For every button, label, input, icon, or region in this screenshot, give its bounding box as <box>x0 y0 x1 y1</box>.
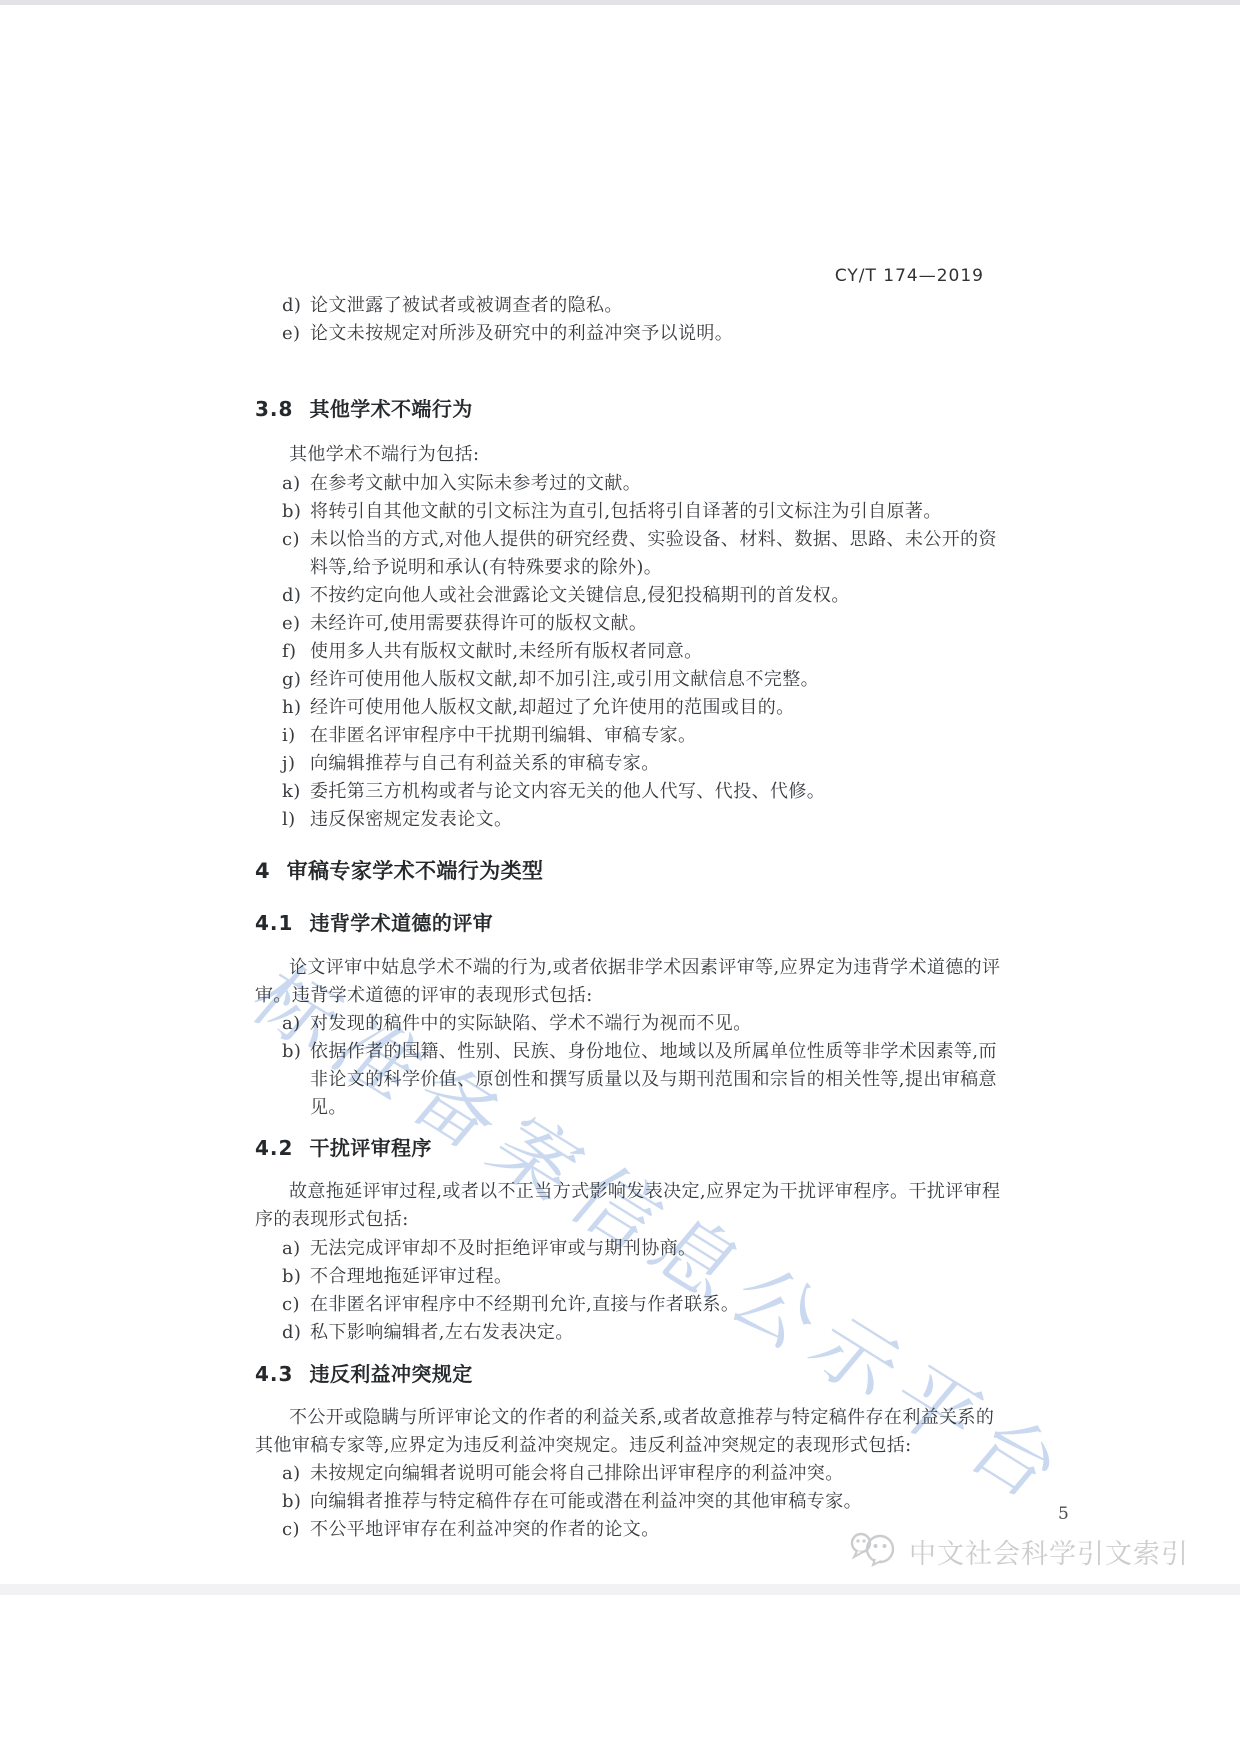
list-item-text: 在参考文献中加入实际未参考过的文献。 <box>310 473 641 494</box>
list-item: l) 违反保密规定发表论文。 <box>255 806 1007 834</box>
footer-brand-text: 中文社会科学引文索引 <box>909 1532 1189 1571</box>
heading-title: 违背学术道德的评审 <box>309 911 493 935</box>
heading-number: 4.2 <box>255 1136 293 1160</box>
heading-4-1: 4.1违背学术道德的评审 <box>255 910 1007 936</box>
list-item: g) 经许可使用他人版权文献,却不加引注,或引用文献信息不完整。 <box>255 666 1007 694</box>
list-item-label: b) <box>282 1488 301 1516</box>
list-item-label: i) <box>282 722 296 750</box>
list-item-text: 私下影响编辑者,左右发表决定。 <box>310 1322 574 1343</box>
list-item-text: 对发现的稿件中的实际缺陷、学术不端行为视而不见。 <box>310 1013 752 1034</box>
list-item-text: 委托第三方机构或者与论文内容无关的他人代写、代投、代修。 <box>310 781 825 802</box>
list-item: k) 委托第三方机构或者与论文内容无关的他人代写、代投、代修。 <box>255 778 1007 806</box>
list-item: e) 论文未按规定对所涉及研究中的利益冲突予以说明。 <box>255 320 1007 348</box>
list-item: d) 不按约定向他人或社会泄露论文关键信息,侵犯投稿期刊的首发权。 <box>255 582 1007 610</box>
scan-bottom-edge <box>0 1584 1240 1595</box>
list-item: e) 未经许可,使用需要获得许可的版权文献。 <box>255 610 1007 638</box>
list-item-text: 向编辑者推荐与特定稿件存在可能或潜在利益冲突的其他审稿专家。 <box>310 1491 862 1512</box>
heading-number: 3.8 <box>255 397 293 421</box>
list-item-label: f) <box>282 638 297 666</box>
list-item-text: 不按约定向他人或社会泄露论文关键信息,侵犯投稿期刊的首发权。 <box>310 585 850 606</box>
list-item: c) 在非匿名评审程序中不经期刊允许,直接与作者联系。 <box>255 1291 1007 1319</box>
list-item-label: e) <box>282 610 300 638</box>
list-item: b) 将转引自其他文献的引文标注为直引,包括将引自译著的引文标注为引自原著。 <box>255 498 1007 526</box>
heading-4-2: 4.2干扰评审程序 <box>255 1135 1007 1161</box>
list-item-text: 使用多人共有版权文献时,未经所有版权者同意。 <box>310 641 703 662</box>
list-item-text: 未以恰当的方式,对他人提供的研究经费、实验设备、材料、数据、思路、未公开的资料等… <box>310 529 997 578</box>
list-item: a) 未按规定向编辑者说明可能会将自己排除出评审程序的利益冲突。 <box>255 1460 1007 1488</box>
list-4-2: a) 无法完成评审却不及时拒绝评审或与期刊协商。 b) 不合理地拖延评审过程。 … <box>255 1235 1007 1347</box>
list-item-label: d) <box>282 1319 301 1347</box>
list-item-label: c) <box>282 1516 300 1544</box>
list-item-label: a) <box>282 470 301 498</box>
list-item: b) 向编辑者推荐与特定稿件存在可能或潜在利益冲突的其他审稿专家。 <box>255 1488 1007 1516</box>
paragraph-4-1: 论文评审中姑息学术不端的行为,或者依据非学术因素评审等,应界定为违背学术道德的评… <box>255 954 1007 1010</box>
document-body: d) 论文泄露了被试者或被调查者的隐私。 e) 论文未按规定对所涉及研究中的利益… <box>255 292 1007 1544</box>
list-item: c) 未以恰当的方式,对他人提供的研究经费、实验设备、材料、数据、思路、未公开的… <box>255 526 1007 582</box>
list-item-text: 无法完成评审却不及时拒绝评审或与期刊协商。 <box>310 1238 696 1259</box>
list-item-text: 违反保密规定发表论文。 <box>310 809 512 830</box>
list-4-1: a) 对发现的稿件中的实际缺陷、学术不端行为视而不见。 b) 依据作者的国籍、性… <box>255 1010 1007 1122</box>
list-item-text: 依据作者的国籍、性别、民族、身份地位、地域以及所属单位性质等非学术因素等,而非论… <box>310 1041 997 1118</box>
list-item-label: b) <box>282 1038 301 1066</box>
heading-number: 4.3 <box>255 1362 293 1386</box>
heading-3-8: 3.8其他学术不端行为 <box>255 396 1007 422</box>
list-item: j) 向编辑推荐与自己有利益关系的审稿专家。 <box>255 750 1007 778</box>
heading-number: 4 <box>255 859 271 883</box>
scan-top-edge <box>0 0 1240 5</box>
list-item-text: 在非匿名评审程序中干扰期刊编辑、审稿专家。 <box>310 725 696 746</box>
list-item: b) 不合理地拖延评审过程。 <box>255 1263 1007 1291</box>
list-item-text: 论文泄露了被试者或被调查者的隐私。 <box>310 295 623 316</box>
csscii-chat-bubble-logo-icon <box>848 1528 900 1575</box>
list-item-text: 不公平地评审存在利益冲突的作者的论文。 <box>310 1519 660 1540</box>
heading-title: 审稿专家学术不端行为类型 <box>287 859 544 883</box>
list-item: d) 论文泄露了被试者或被调查者的隐私。 <box>255 292 1007 320</box>
list-item-label: d) <box>282 292 301 320</box>
page-number: 5 <box>1058 1504 1069 1524</box>
list-item-text: 向编辑推荐与自己有利益关系的审稿专家。 <box>310 753 660 774</box>
list-item-label: k) <box>282 778 301 806</box>
footer-brand: 中文社会科学引文索引 <box>848 1528 1189 1575</box>
list-item-text: 在非匿名评审程序中不经期刊允许,直接与作者联系。 <box>310 1294 739 1315</box>
list-item: f) 使用多人共有版权文献时,未经所有版权者同意。 <box>255 638 1007 666</box>
heading-4-3: 4.3违反利益冲突规定 <box>255 1361 1007 1387</box>
paragraph-4-3: 不公开或隐瞒与所评审论文的作者的利益关系,或者故意推荐与特定稿件存在利益关系的其… <box>255 1404 1007 1460</box>
list-item-label: a) <box>282 1010 301 1038</box>
list-item-label: j) <box>282 750 295 778</box>
list-item-label: c) <box>282 526 300 554</box>
list-item-text: 经许可使用他人版权文献,却超过了允许使用的范围或目的。 <box>310 697 795 718</box>
list-item: a) 无法完成评审却不及时拒绝评审或与期刊协商。 <box>255 1235 1007 1263</box>
list-item-text: 将转引自其他文献的引文标注为直引,包括将引自译著的引文标注为引自原著。 <box>310 501 942 522</box>
list-item-label: b) <box>282 1263 301 1291</box>
list-item-label: h) <box>282 694 301 722</box>
standard-number-header: CY/T 174—2019 <box>835 266 984 286</box>
list-item-label: g) <box>282 666 301 694</box>
heading-title: 干扰评审程序 <box>309 1136 431 1160</box>
list-item-text: 经许可使用他人版权文献,却不加引注,或引用文献信息不完整。 <box>310 669 819 690</box>
list-item-label: c) <box>282 1291 300 1319</box>
list-item: i) 在非匿名评审程序中干扰期刊编辑、审稿专家。 <box>255 722 1007 750</box>
list-item-label: a) <box>282 1460 301 1488</box>
heading-number: 4.1 <box>255 911 293 935</box>
document-page: CY/T 174—2019 标准备案信息公示平台 d) 论文泄露了被试者或被调查… <box>0 0 1240 1754</box>
list-item-text: 论文未按规定对所涉及研究中的利益冲突予以说明。 <box>310 323 733 344</box>
heading-4: 4审稿专家学术不端行为类型 <box>255 858 1007 884</box>
heading-title: 违反利益冲突规定 <box>309 1362 472 1386</box>
paragraph-4-2: 故意拖延评审过程,或者以不正当方式影响发表决定,应界定为干扰评审程序。干扰评审程… <box>255 1178 1007 1234</box>
list-item-text: 不合理地拖延评审过程。 <box>310 1266 512 1287</box>
list-item: d) 私下影响编辑者,左右发表决定。 <box>255 1319 1007 1347</box>
list-item-label: e) <box>282 320 300 348</box>
list-item-text: 未按规定向编辑者说明可能会将自己排除出评审程序的利益冲突。 <box>310 1463 844 1484</box>
list-item-label: b) <box>282 498 301 526</box>
intro-list: d) 论文泄露了被试者或被调查者的隐私。 e) 论文未按规定对所涉及研究中的利益… <box>255 292 1007 348</box>
list-item-text: 未经许可,使用需要获得许可的版权文献。 <box>310 613 647 634</box>
list-item-label: a) <box>282 1235 301 1263</box>
list-item: a) 对发现的稿件中的实际缺陷、学术不端行为视而不见。 <box>255 1010 1007 1038</box>
list-item-label: l) <box>282 806 296 834</box>
heading-title: 其他学术不端行为 <box>309 397 472 421</box>
lead-paragraph-3-8: 其他学术不端行为包括: <box>255 441 1007 469</box>
list-item-label: d) <box>282 582 301 610</box>
list-item: a) 在参考文献中加入实际未参考过的文献。 <box>255 470 1007 498</box>
list-item: b) 依据作者的国籍、性别、民族、身份地位、地域以及所属单位性质等非学术因素等,… <box>255 1038 1007 1122</box>
list-item: h) 经许可使用他人版权文献,却超过了允许使用的范围或目的。 <box>255 694 1007 722</box>
list-3-8: a) 在参考文献中加入实际未参考过的文献。 b) 将转引自其他文献的引文标注为直… <box>255 470 1007 834</box>
